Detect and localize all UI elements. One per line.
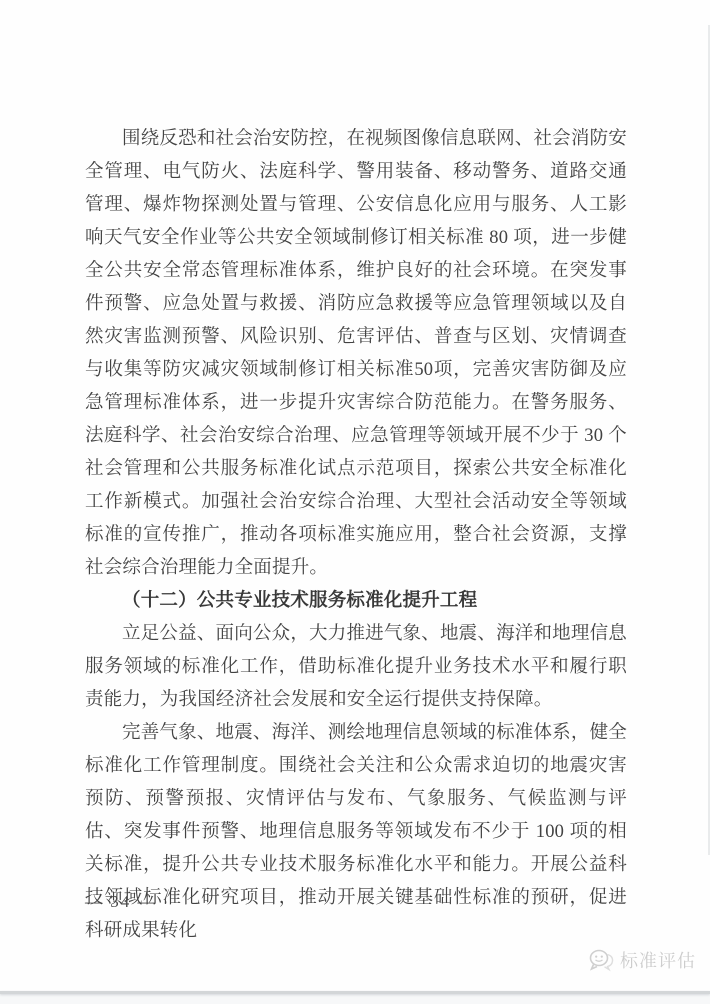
section-heading: （十二）公共专业技术服务标准化提升工程 bbox=[85, 585, 627, 618]
paragraph: 完善气象、地震、海洋、测绘地理信息领域的标准体系，健全标准化工作管理制度。围绕社… bbox=[85, 717, 627, 948]
paragraph: 立足公益、面向公众，大力推进气象、地震、海洋和地理信息服务领域的标准化工作，借助… bbox=[85, 618, 627, 717]
watermark-label: 标准评估 bbox=[620, 947, 696, 973]
page-bottom-edge bbox=[0, 991, 710, 994]
page-number: — 34 — bbox=[85, 892, 157, 912]
watermark: 标准评估 bbox=[588, 947, 696, 973]
document-body: 围绕反恐和社会治安防控，在视频图像信息联网、社会消防安全管理、电气防火、法庭科学… bbox=[85, 123, 627, 948]
page-bottom-band bbox=[0, 994, 710, 1004]
paragraph: 围绕反恐和社会治安防控，在视频图像信息联网、社会消防安全管理、电气防火、法庭科学… bbox=[85, 123, 627, 585]
document-page: 围绕反恐和社会治安防控，在视频图像信息联网、社会消防安全管理、电气防火、法庭科学… bbox=[0, 0, 710, 1004]
chat-logo-icon bbox=[588, 948, 616, 972]
scanned-document: { "page": { "paragraphs": [ { "type": "b… bbox=[0, 0, 710, 1004]
